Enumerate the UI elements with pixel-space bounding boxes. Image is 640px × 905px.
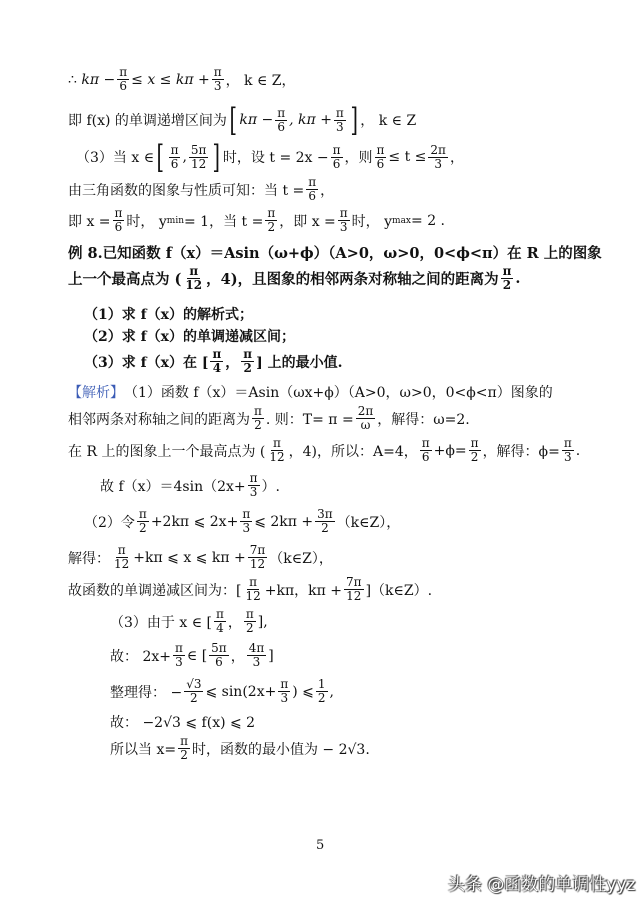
fraction: π6 xyxy=(275,107,287,134)
fraction: π12 xyxy=(112,544,131,571)
analysis-line-2: 相邻两条对称轴之间的距离为 π2 . 则：T= π = 2πω ，解得：ω=2. xyxy=(68,405,470,432)
text: +2kπ ⩽ 2x+ xyxy=(151,514,239,530)
text: ）. xyxy=(262,476,280,496)
text: （1）函数 f（x）＝Asin（ωx+ϕ）（A>0，ω>0，0<ϕ<π）图象的 xyxy=(124,382,553,402)
text: ， xyxy=(320,180,334,200)
text: kπ − xyxy=(81,72,115,88)
subscript: max xyxy=(392,216,411,226)
fraction: π3 xyxy=(278,678,290,705)
text: 即 f(x) 的单调递增区间为 xyxy=(68,110,227,130)
fraction: π3 xyxy=(338,207,350,234)
text: ，4)，且图象的相邻两条对称轴之间的距离为 xyxy=(206,268,498,289)
analysis-line-10: 整理得： − √32 ⩽ sin(2x+ π3 ) ⩽ 12 , xyxy=(110,678,334,705)
fraction: π2 xyxy=(178,735,190,762)
text: （3）求 f（x）在 [ xyxy=(84,352,208,372)
text: 时，函数的最小值为 − 2√3. xyxy=(192,739,370,759)
fraction: π2 xyxy=(265,207,277,234)
fraction: 2πω xyxy=(356,405,376,432)
text: ≤ x ≤ kπ + xyxy=(131,72,210,88)
fraction: π3 xyxy=(562,437,574,464)
fraction: π12 xyxy=(267,437,286,464)
subscript: min xyxy=(167,216,184,226)
text: ， k ∈ Z xyxy=(360,110,416,130)
fraction: π6 xyxy=(169,144,181,171)
text: ] xyxy=(268,648,273,664)
text: . xyxy=(576,443,580,459)
therefore-symbol: ∴ xyxy=(68,72,77,88)
text: 故： −2√3 ⩽ f(x) ⩽ 2 xyxy=(110,712,255,732)
fraction: π4 xyxy=(214,608,226,635)
bracket-left: [ xyxy=(157,142,164,172)
text: 整理得： − xyxy=(110,682,182,702)
bracket-right: ] xyxy=(213,142,220,172)
text: （k∈Z）， xyxy=(269,548,333,568)
text: ，解得：ϕ= xyxy=(483,441,560,461)
text: 在 R 上的图象上一个最高点为 ( xyxy=(68,441,265,461)
text: 故 f（x）＝4sin（2x+ xyxy=(100,476,246,496)
fraction: π2 xyxy=(501,265,514,292)
text: 时， y xyxy=(126,211,166,231)
fraction: π4 xyxy=(210,348,223,375)
fraction: π6 xyxy=(306,176,318,203)
text: 时，设 t = 2x − xyxy=(223,147,329,167)
text: , xyxy=(330,684,334,700)
fraction: π2 xyxy=(241,348,254,375)
text: ，4)，所以：A=4， xyxy=(289,441,418,461)
text: 解得： xyxy=(68,548,110,568)
fraction: π12 xyxy=(183,265,204,292)
text: 即 x = xyxy=(68,211,111,231)
text: （3）当 x ∈ xyxy=(76,147,154,167)
fraction: π2 xyxy=(244,608,256,635)
text: ，解得：ω=2. xyxy=(377,409,470,429)
analysis-line-7: 故函数的单调递减区间为：[ π12 +kπ，kπ + 7π12 ]（k∈Z）. xyxy=(68,576,432,603)
analysis-line-6: 解得： π12 +kπ ⩽ x ⩽ kπ + 7π12 （k∈Z）， xyxy=(68,544,333,571)
text: . 则：T= π = xyxy=(266,409,354,429)
text: 所以当 x= xyxy=(110,739,176,759)
fraction: π6 xyxy=(331,144,343,171)
question-2: （2）求 f（x）的单调递减区间； xyxy=(84,326,295,346)
analysis-line-11: 故： −2√3 ⩽ f(x) ⩽ 2 xyxy=(110,712,255,732)
fraction: π3 xyxy=(212,66,224,93)
text: 故： 2x+ xyxy=(110,646,171,666)
fraction: π2 xyxy=(137,508,149,535)
text: 故函数的单调递减区间为：[ xyxy=(68,580,241,600)
text: （3）由于 x ∈ [ xyxy=(110,612,212,632)
text: ], xyxy=(258,614,268,630)
text: ， xyxy=(228,612,242,632)
fraction: π6 xyxy=(117,66,129,93)
fraction: π3 xyxy=(334,107,346,134)
fraction: π2 xyxy=(469,437,481,464)
prev-line-4: 由三角函数的图象与性质可知：当 t = π6 ， xyxy=(68,176,334,203)
prev-line-1: ∴ kπ − π6 ≤ x ≤ kπ + π3 ， k ∈ Z， xyxy=(68,66,296,93)
fraction: 12 xyxy=(316,678,328,705)
prev-line-3: （3）当 x ∈ [ π6 , 5π12 ] 时，设 t = 2x − π6 ，… xyxy=(76,142,464,172)
text: ，即 x = xyxy=(279,211,336,231)
fraction: 3π2 xyxy=(315,508,335,535)
text: ，则 xyxy=(345,147,373,167)
example-title-line-1: 例 8.已知函数 f（x）＝Asin（ω+ϕ）（A>0，ω>0，0<ϕ<π）在 … xyxy=(68,242,602,263)
analysis-line-4: 故 f（x）＝4sin（2x+ π3 ）. xyxy=(100,472,280,499)
fraction: π6 xyxy=(420,437,432,464)
fraction: √32 xyxy=(184,678,203,705)
text: = 2 . xyxy=(411,213,445,229)
prev-line-2: 即 f(x) 的单调递增区间为 [ kπ − π6 , kπ + π3 ] ， … xyxy=(68,105,416,135)
text: . xyxy=(515,270,520,287)
fraction: π6 xyxy=(113,207,125,234)
fraction: π3 xyxy=(240,508,252,535)
text: ] 上的最小值. xyxy=(256,352,342,372)
text: （k∈Z）， xyxy=(337,512,401,532)
text: = 1，当 t = xyxy=(184,211,263,231)
analysis-line-1: 【解析】 （1）函数 f（x）＝Asin（ωx+ϕ）（A>0，ω>0，0<ϕ<π… xyxy=(68,382,553,402)
fraction: π2 xyxy=(252,405,264,432)
fraction: π3 xyxy=(173,642,185,669)
text: （2）求 f（x）的单调递减区间； xyxy=(84,326,295,346)
text: ) ⩽ xyxy=(292,684,314,700)
text: （2）令 xyxy=(84,512,135,532)
text: （1）求 f（x）的解析式； xyxy=(84,304,253,324)
fraction: 5π12 xyxy=(189,144,209,171)
text: +kπ，kπ + xyxy=(265,580,342,600)
text: ， xyxy=(225,352,239,372)
bracket-left: [ xyxy=(229,105,236,135)
watermark: 头条 @函数的单调性yyz xyxy=(448,870,635,895)
analysis-line-12: 所以当 x= π2 时，函数的最小值为 − 2√3. xyxy=(110,735,370,762)
fraction: π12 xyxy=(243,576,262,603)
text: ≤ t ≤ xyxy=(388,149,426,165)
analysis-tag: 【解析】 xyxy=(68,382,124,402)
text: ， xyxy=(231,646,245,666)
text: , kπ + xyxy=(289,112,332,128)
text: 上一个最高点为 ( xyxy=(68,268,181,289)
text: ⩽ 2kπ + xyxy=(254,514,313,530)
analysis-line-5: （2）令 π2 +2kπ ⩽ 2x+ π3 ⩽ 2kπ + 3π2 （k∈Z）， xyxy=(84,508,400,535)
fraction: π3 xyxy=(248,472,260,499)
example-title-line-2: 上一个最高点为 ( π12 ，4)，且图象的相邻两条对称轴之间的距离为 π2 . xyxy=(68,265,520,292)
analysis-line-9: 故： 2x+ π3 ∈ [ 5π6 ， 4π3 ] xyxy=(110,642,274,669)
page-number: 5 xyxy=(316,838,324,853)
text: +kπ ⩽ x ⩽ kπ + xyxy=(133,550,245,566)
text: 时， y xyxy=(352,211,392,231)
text: ⩽ sin(2x+ xyxy=(205,684,276,700)
analysis-line-8: （3）由于 x ∈ [ π4 ， π2 ], xyxy=(110,608,268,635)
text: ， k ∈ Z， xyxy=(226,70,296,90)
fraction: π6 xyxy=(375,144,387,171)
fraction: 5π6 xyxy=(209,642,229,669)
text: 由三角函数的图象与性质可知：当 t = xyxy=(68,180,304,200)
fraction: 4π3 xyxy=(247,642,267,669)
question-1: （1）求 f（x）的解析式； xyxy=(84,304,253,324)
question-3: （3）求 f（x）在 [ π4 ， π2 ] 上的最小值. xyxy=(84,348,342,375)
prev-line-5: 即 x = π6 时， ymin = 1，当 t = π2 ，即 x = π3 … xyxy=(68,207,445,234)
analysis-line-3: 在 R 上的图象上一个最高点为 ( π12 ，4)，所以：A=4， π6 +ϕ=… xyxy=(68,437,580,464)
text: kπ − xyxy=(239,112,273,128)
text: , xyxy=(182,149,186,165)
bracket-right: ] xyxy=(350,105,357,135)
fraction: 7π12 xyxy=(344,576,364,603)
text: +ϕ= xyxy=(434,443,467,459)
text: ]（k∈Z）. xyxy=(366,580,433,600)
fraction: 2π3 xyxy=(428,144,448,171)
text: 相邻两条对称轴之间的距离为 xyxy=(68,409,250,429)
text: ∈ [ xyxy=(187,648,207,664)
text: ， xyxy=(450,147,464,167)
text: 例 8.已知函数 f（x）＝Asin（ω+ϕ）（A>0，ω>0，0<ϕ<π）在 … xyxy=(68,242,602,263)
fraction: 7π12 xyxy=(248,544,268,571)
